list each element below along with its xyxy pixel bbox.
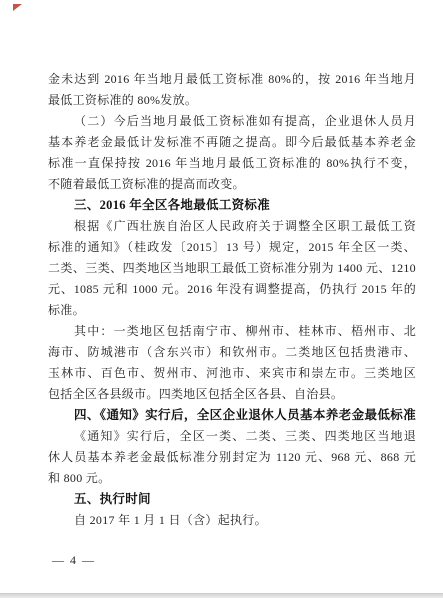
text-line: 标准。 xyxy=(48,300,416,321)
red-corner-mark xyxy=(13,4,22,11)
text-line: 《通知》实行后，全区一类、二类、三类、四类地区当地退 xyxy=(48,426,416,447)
text-line: （二）今后当地月最低工资标准如有提高，企业退休人员月 xyxy=(48,111,416,132)
text-line: 休人员基本养老金最低标准分别封定为 1120 元、968 元、868 元 xyxy=(48,447,416,468)
text-line: 二类、三类、四类地区当地职工最低工资标准分别为 1400 元、1210 xyxy=(48,258,416,279)
page-number: — 4 — xyxy=(52,551,96,569)
scan-edge-shadow xyxy=(0,593,443,598)
text-line: 包括全区各县级市。四类地区包括全区各县、自治县。 xyxy=(48,384,416,405)
text-line: 标准的通知》（桂政发〔2015〕13 号）规定，2015 年全区一类、 xyxy=(48,237,416,258)
text-line: 和 800 元。 xyxy=(48,468,416,489)
text-line: 其中：一类地区包括南宁市、柳州市、桂林市、梧州市、北 xyxy=(48,321,416,342)
text-line: 海市、防城港市（含东兴市）和钦州市。二类地区包括贵港市、 xyxy=(48,342,416,363)
text-line: 最低工资标准的 80%发放。 xyxy=(48,90,416,111)
text-line: 标准一直保持按 2016 年当地月最低工资标准的 80%执行不变， xyxy=(48,153,416,174)
section-heading-line: 五、执行时间 xyxy=(48,489,416,510)
section-heading-line: 四、《通知》实行后，全区企业退休人员基本养老金最低标准 xyxy=(48,405,416,426)
document-body: 金未达到 2016 年当地月最低工资标准 80%的，按 2016 年当地月最低工… xyxy=(48,69,416,531)
text-line: 元、1085 元和 1000 元。2016 年没有调整提高，仍执行 2015 年… xyxy=(48,279,416,300)
text-line: 根据《广西壮族自治区人民政府关于调整全区职工最低工资 xyxy=(48,216,416,237)
section-heading-line: 三、2016 年全区各地最低工资标准 xyxy=(48,195,416,216)
text-line: 自 2017 年 1 月 1 日（含）起执行。 xyxy=(48,510,416,531)
text-line: 金未达到 2016 年当地月最低工资标准 80%的，按 2016 年当地月 xyxy=(48,69,416,90)
document-page: 金未达到 2016 年当地月最低工资标准 80%的，按 2016 年当地月最低工… xyxy=(0,0,443,598)
text-line: 玉林市、百色市、贺州市、河池市、来宾市和崇左市。三类地区 xyxy=(48,363,416,384)
text-line: 不随着最低工资标准的提高而改变。 xyxy=(48,174,416,195)
text-line: 基本养老金最低计发标准不再随之提高。即今后最低基本养老金 xyxy=(48,132,416,153)
